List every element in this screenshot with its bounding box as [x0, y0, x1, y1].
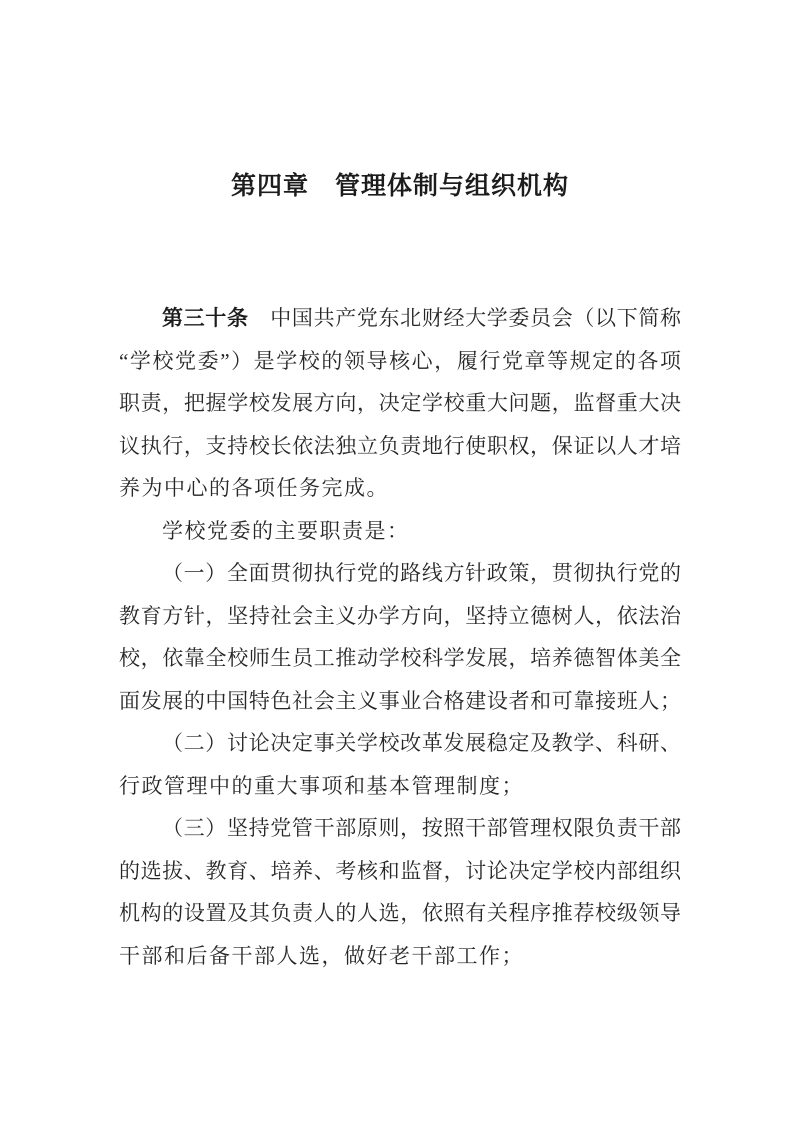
text-line: 议执行，支持校长依法独立负责地行使职权，保证以人才培	[119, 425, 681, 468]
text-line: 行政管理中的重大事项和基本管理制度；	[119, 765, 681, 808]
text-line: 养为中心的各项任务完成。	[119, 467, 681, 510]
article-body: 第三十条 中国共产党东北财经大学委员会（以下简称 “学校党委”）是学校的领导核心…	[119, 297, 681, 977]
text-line: （三）坚持党管干部原则，按照干部管理权限负责干部	[119, 807, 681, 850]
document-page: 第四章 管理体制与组织机构 第三十条 中国共产党东北财经大学委员会（以下简称 “…	[0, 0, 800, 1132]
text-line: 教育方针，坚持社会主义办学方向，坚持立德树人，依法治	[119, 595, 681, 638]
text-line-content: 中国共产党东北财经大学委员会（以下简称	[249, 306, 681, 330]
text-line: （一）全面贯彻执行党的路线方针政策，贯彻执行党的	[119, 552, 681, 595]
text-line: 学校党委的主要职责是：	[119, 510, 681, 553]
text-line: 第三十条 中国共产党东北财经大学委员会（以下简称	[119, 297, 681, 340]
text-line: 校，依靠全校师生员工推动学校科学发展，培养德智体美全	[119, 637, 681, 680]
text-line: 干部和后备干部人选，做好老干部工作；	[119, 935, 681, 978]
text-line: （二）讨论决定事关学校改革发展稳定及教学、科研、	[119, 722, 681, 765]
article-number: 第三十条	[162, 306, 249, 330]
text-line: 机构的设置及其负责人的人选，依照有关程序推荐校级领导	[119, 892, 681, 935]
chapter-heading: 第四章 管理体制与组织机构	[0, 171, 800, 201]
text-line: “学校党委”）是学校的领导核心，履行党章等规定的各项	[119, 340, 681, 383]
text-line: 的选拔、教育、培养、考核和监督，讨论决定学校内部组织	[119, 850, 681, 893]
text-line: 面发展的中国特色社会主义事业合格建设者和可靠接班人；	[119, 680, 681, 723]
text-line: 职责，把握学校发展方向，决定学校重大问题，监督重大决	[119, 382, 681, 425]
